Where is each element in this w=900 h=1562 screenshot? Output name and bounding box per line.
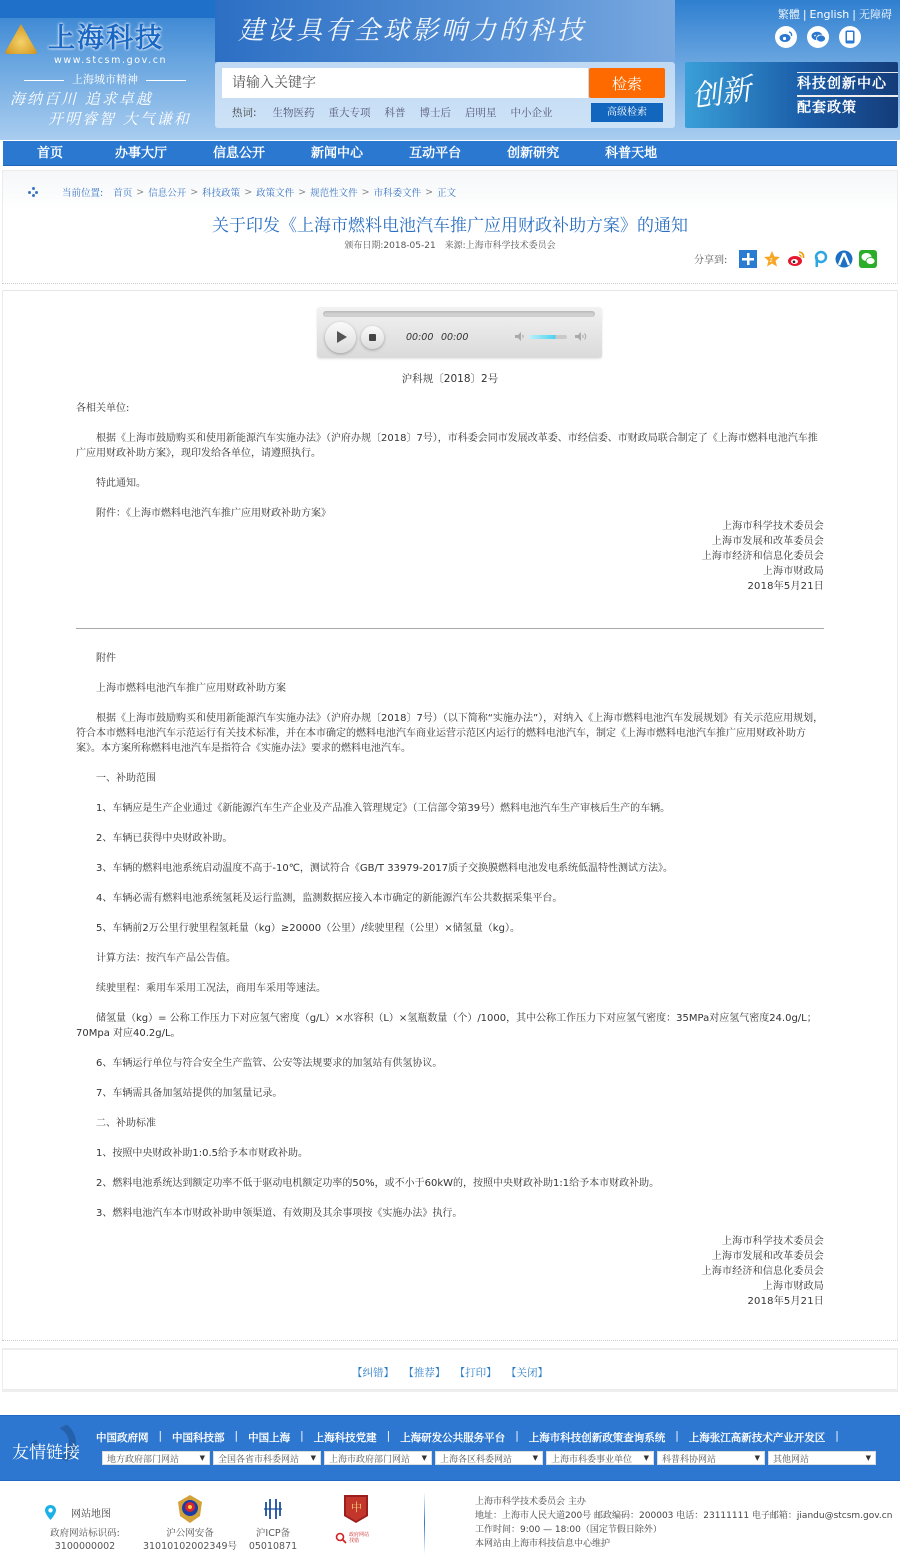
friend-link[interactable]: 上海市科技创新政策查询系统 xyxy=(529,1430,666,1445)
location-icon xyxy=(28,187,38,197)
nav-interaction[interactable]: 互动平台 xyxy=(409,141,461,165)
signature-org: 上海市科学技术委员会 xyxy=(702,519,824,534)
signature-org: 上海市发展和改革委员会 xyxy=(702,1249,824,1264)
friend-link[interactable]: 中国政府网 xyxy=(96,1430,149,1445)
signature-block: 上海市科学技术委员会 上海市发展和改革委员会 上海市经济和信息化委员会 上海市财… xyxy=(702,519,824,594)
mobile-icon[interactable] xyxy=(839,26,861,48)
find-error-label: 政府网站找错 xyxy=(349,1532,373,1544)
document-number: 沪科规〔2018〕2号 xyxy=(0,371,900,386)
footer-maintainer: 本网站由上海市科技信息中心维护 xyxy=(475,1537,892,1551)
find-error-link[interactable]: 政府网站找错 xyxy=(335,1529,385,1547)
breadcrumb-item[interactable]: 规范性文件 xyxy=(310,185,358,199)
gov-id-value: 3100000002 xyxy=(40,1540,130,1553)
list-item: 1、按照中央财政补助1:0.5给予本市财政补助。 xyxy=(76,1146,824,1161)
attachment-label: 附件 xyxy=(76,651,824,666)
gov-site-error-badge-icon[interactable]: 中 xyxy=(343,1494,369,1524)
select-value: 上海市政府部门网站 xyxy=(329,1452,410,1465)
nav-service-hall[interactable]: 办事大厅 xyxy=(115,141,167,165)
nav-science-world[interactable]: 科普天地 xyxy=(605,141,657,165)
list-item: 6、车辆运行单位与符合安全生产监管、公安等法规要求的加氢站有供氢协议。 xyxy=(76,1056,824,1071)
icp-number: 05010871 xyxy=(238,1540,308,1553)
site-select[interactable]: 全国各省市科委网站▼ xyxy=(213,1451,321,1465)
english-link[interactable]: English xyxy=(810,8,850,21)
banner-line-2: 配套政策 xyxy=(797,95,898,117)
banner-line-1: 科技创新中心 xyxy=(797,72,898,93)
main-nav: 首页 办事大厅 信息公开 新闻中心 互动平台 创新研究 科普天地 xyxy=(3,141,897,166)
publish-date-label: 颁布日期: xyxy=(344,241,383,251)
attachment-intro: 根据《上海市鼓励购买和使用新能源汽车实施办法》（沪府办规〔2018〕7号）（以下… xyxy=(76,711,824,756)
hot-word-link[interactable]: 中小企业 xyxy=(511,105,553,120)
city-spirit-label: 上海城市精神 xyxy=(0,71,210,87)
select-value: 其他网站 xyxy=(773,1452,809,1465)
hot-word-link[interactable]: 启明星 xyxy=(465,105,497,120)
signature-block: 上海市科学技术委员会 上海市发展和改革委员会 上海市经济和信息化委员会 上海市财… xyxy=(702,1234,824,1309)
select-value: 上海各区科委网站 xyxy=(440,1452,512,1465)
icp-label: 沪ICP备 xyxy=(238,1527,308,1540)
play-button[interactable] xyxy=(325,322,356,353)
wechat-icon[interactable] xyxy=(858,249,877,268)
icp-icon[interactable] xyxy=(262,1496,284,1522)
hot-word-link[interactable]: 科普 xyxy=(385,105,406,120)
nav-home[interactable]: 首页 xyxy=(37,141,63,165)
friend-link[interactable]: 中国科技部 xyxy=(172,1430,225,1445)
list-item: 2、车辆已获得中央财政补助。 xyxy=(76,831,824,846)
search-input[interactable] xyxy=(222,68,588,98)
svg-text:z: z xyxy=(769,257,772,264)
dropdown-arrow-icon: ▼ xyxy=(866,1454,871,1462)
friend-link[interactable]: 上海研发公共服务平台 xyxy=(400,1430,505,1445)
breadcrumb-label: 当前位置: xyxy=(62,185,103,199)
volume-slider[interactable] xyxy=(529,335,567,339)
signature-org: 上海市经济和信息化委员会 xyxy=(702,1264,824,1279)
police-record[interactable]: 沪公网安备 31010102002349号 xyxy=(140,1527,240,1553)
attachment-body: 附件 上海市燃料电池汽车推广应用财政补助方案 根据《上海市鼓励购买和使用新能源汽… xyxy=(76,651,824,1221)
breadcrumb-item[interactable]: 信息公开 xyxy=(148,185,186,199)
print-link[interactable]: 【打印】 xyxy=(455,1367,497,1379)
hot-word-link[interactable]: 博士后 xyxy=(420,105,452,120)
hot-words-label: 热词: xyxy=(232,105,257,120)
traditional-chinese-link[interactable]: 繁體 xyxy=(778,8,800,21)
select-value: 上海市科委事业单位 xyxy=(551,1452,632,1465)
salutation: 各相关单位: xyxy=(76,401,824,416)
footer-hours: 工作时间：9:00 — 18:00（国定节假日除外） xyxy=(475,1523,892,1537)
friend-link[interactable]: 中国上海 xyxy=(248,1430,290,1445)
site-footer: 网站地图 政府网站标识码: 3100000002 沪公网安备 310101020… xyxy=(0,1482,900,1562)
social-links xyxy=(775,26,861,48)
footer-host: 上海市科学技术委员会 主办 xyxy=(475,1495,892,1509)
site-select[interactable]: 地方政府部门网站▼ xyxy=(102,1451,210,1465)
audio-player: 00:00 00:00 xyxy=(317,307,602,358)
friend-link[interactable]: 上海张江高新技术产业开发区 xyxy=(689,1430,826,1445)
storage-formula: 储氢量（kg）= 公称工作压力下对应氢气密度（g/L）×水容积（L）×氢瓶数量（… xyxy=(76,1011,824,1041)
signature-org: 上海市经济和信息化委员会 xyxy=(702,549,824,564)
share-bar: 分享到: z xyxy=(694,249,877,268)
weibo-icon[interactable] xyxy=(786,249,805,268)
breadcrumb-item[interactable]: 科技政策 xyxy=(202,185,240,199)
friend-links: 友情链接 中国政府网| 中国科技部| 中国上海| 上海科技党建| 上海研发公共服… xyxy=(0,1415,900,1481)
police-badge-icon[interactable] xyxy=(176,1494,204,1524)
police-label: 沪公网安备 xyxy=(140,1527,240,1540)
sitemap-label: 网站地图 xyxy=(71,1505,111,1520)
list-item: 1、车辆应是生产企业通过《新能源汽车生产企业及产品准入管理规定》（工信部令第39… xyxy=(76,801,824,816)
signature-date: 2018年5月21日 xyxy=(702,579,824,594)
accessibility-link[interactable]: 无障碍 xyxy=(859,8,892,21)
dropdown-arrow-icon: ▼ xyxy=(200,1454,205,1462)
magnifier-icon xyxy=(335,1532,347,1544)
list-item: 3、燃料电池汽车本市财政补助申领渠道、有效期及其余事项按《实施办法》执行。 xyxy=(76,1206,824,1221)
footer-info: 上海市科学技术委员会 主办 地址：上海市人民大道200号 邮政编码：200003… xyxy=(475,1495,892,1551)
svg-text:中: 中 xyxy=(351,1500,362,1514)
publish-date: 2018-05-21 xyxy=(383,241,435,251)
search-panel: 检索 热词: 生物医药 重大专项 科普 博士后 启明星 中小企业 高级检索 xyxy=(215,62,675,128)
site-logo[interactable]: 上海科技 www.stcsm.gov.cn 上海城市精神 海纳百川 追求卓越 开… xyxy=(0,8,215,138)
police-number: 31010102002349号 xyxy=(140,1540,240,1553)
select-value: 科普科协网站 xyxy=(662,1452,716,1465)
site-select[interactable]: 上海市政府部门网站▼ xyxy=(324,1451,432,1465)
list-item: 4、车辆必需有燃料电池系统氢耗及运行监测，监测数据应接入本市确定的新能源汽车公共… xyxy=(76,891,824,906)
list-item: 2、燃料电池系统达到额定功率不低于驱动电机额定功率的50%，或不小于60kW的，… xyxy=(76,1176,824,1191)
search-button[interactable]: 检索 xyxy=(589,68,665,98)
report-error-link[interactable]: 【纠错】 xyxy=(352,1367,394,1379)
audio-current-time: 00:00 xyxy=(406,332,433,343)
signature-date: 2018年5月21日 xyxy=(702,1294,824,1309)
breadcrumb: 当前位置: 首页> 信息公开> 科技政策> 政策文件> 规范性文件> 市科委文件… xyxy=(28,185,456,199)
breadcrumb-item[interactable]: 市科委文件 xyxy=(374,185,422,199)
site-selects: 地方政府部门网站▼ 全国各省市科委网站▼ 上海市政府部门网站▼ 上海各区科委网站… xyxy=(102,1451,876,1465)
list-item: 3、车辆的燃料电池系统启动温度不高于-10℃，测试符合《GB/T 33979-2… xyxy=(76,861,824,876)
gov-site-id: 政府网站标识码: 3100000002 xyxy=(40,1527,130,1553)
friend-link[interactable]: 上海科技党建 xyxy=(314,1430,377,1445)
dropdown-arrow-icon: ▼ xyxy=(644,1454,649,1462)
innovation-policy-banner[interactable]: 创新 科技创新中心 配套政策 xyxy=(685,62,898,128)
pengyou-icon[interactable] xyxy=(810,249,829,268)
audio-progress-bar[interactable] xyxy=(323,311,595,317)
hot-word-link[interactable]: 重大专项 xyxy=(329,105,371,120)
divider xyxy=(2,1390,898,1392)
dropdown-arrow-icon: ▼ xyxy=(311,1454,316,1462)
emblem-icon xyxy=(4,24,38,54)
dropdown-arrow-icon: ▼ xyxy=(533,1454,538,1462)
breadcrumb-item[interactable]: 正文 xyxy=(437,185,456,199)
site-select[interactable]: 上海市科委事业单位▼ xyxy=(546,1451,654,1465)
select-value: 全国各省市科委网站 xyxy=(218,1452,299,1465)
divider xyxy=(2,283,898,284)
signature-org: 上海市科学技术委员会 xyxy=(702,1234,824,1249)
site-select[interactable]: 上海各区科委网站▼ xyxy=(435,1451,543,1465)
stop-button[interactable] xyxy=(361,326,384,349)
section-heading: 一、补助范围 xyxy=(76,771,824,786)
site-header: 上海科技 www.stcsm.gov.cn 上海城市精神 海纳百川 追求卓越 开… xyxy=(0,0,900,140)
attachment-divider xyxy=(76,628,824,629)
sitemap-link[interactable]: 网站地图 xyxy=(45,1505,111,1520)
article-title: 关于印发《上海市燃料电池汽车推广应用财政补助方案》的通知 xyxy=(0,211,900,236)
breadcrumb-item[interactable]: 首页 xyxy=(113,185,132,199)
advanced-search-button[interactable]: 高级检索 xyxy=(591,103,663,122)
source-label: 来源: xyxy=(445,241,466,251)
wechat-icon[interactable] xyxy=(807,26,829,48)
dropdown-arrow-icon: ▼ xyxy=(422,1454,427,1462)
map-pin-icon xyxy=(45,1505,56,1520)
logo-title: 上海科技 xyxy=(48,16,164,55)
list-item: 7、车辆需具备加氢站提供的加氢量记录。 xyxy=(76,1086,824,1101)
breadcrumb-item[interactable]: 政策文件 xyxy=(256,185,294,199)
footer-divider xyxy=(424,1492,425,1554)
source: 上海市科学技术委员会 xyxy=(466,241,556,251)
notice-body: 各相关单位: 根据《上海市鼓励购买和使用新能源汽车实施办法》（沪府办规〔2018… xyxy=(76,401,824,521)
friend-links-title: 友情链接 xyxy=(12,1438,80,1463)
footer-address: 地址：上海市人民大道200号 邮政编码：200003 电话：23111111 电… xyxy=(475,1509,892,1523)
recommend-link[interactable]: 【推荐】 xyxy=(403,1367,445,1379)
qzone-icon[interactable]: z xyxy=(762,249,781,268)
signature-org: 上海市发展和改革委员会 xyxy=(702,534,824,549)
logo-url: www.stcsm.gov.cn xyxy=(54,55,167,66)
share-plus-icon[interactable] xyxy=(738,249,757,268)
close-link[interactable]: 【关闭】 xyxy=(506,1367,548,1379)
nav-innovation-research[interactable]: 创新研究 xyxy=(507,141,559,165)
share-label: 分享到: xyxy=(694,251,727,266)
renren-icon[interactable] xyxy=(834,249,853,268)
motto-line-1: 海纳百川 追求卓越 xyxy=(10,88,153,109)
divider xyxy=(2,1340,898,1341)
calc-method: 计算方法：按汽车产品公告值。 xyxy=(76,951,824,966)
volume-max-icon[interactable] xyxy=(575,332,589,341)
weibo-icon[interactable] xyxy=(775,26,797,48)
friend-links-list: 中国政府网| 中国科技部| 中国上海| 上海科技党建| 上海研发公共服务平台| … xyxy=(96,1430,849,1445)
motto-line-2: 开明睿智 大气谦和 xyxy=(48,108,191,129)
list-item: 5、车辆前2万公里行驶里程氢耗量（kg）≥20000（公里）/续驶里程（公里）×… xyxy=(76,921,824,936)
volume-mute-icon[interactable] xyxy=(515,332,525,341)
notice-paragraph: 根据《上海市鼓励购买和使用新能源汽车实施办法》（沪府办规〔2018〕7号），市科… xyxy=(76,431,824,461)
notice-paragraph: 特此通知。 xyxy=(76,476,824,491)
range-method: 续驶里程：乘用车采用工况法，商用车采用等速法。 xyxy=(76,981,824,996)
header-slogan: 建设具有全球影响力的科技 xyxy=(238,10,586,47)
select-value: 地方政府部门网站 xyxy=(107,1452,179,1465)
site-select[interactable]: 其他网站▼ xyxy=(768,1451,876,1465)
audio-duration: 00:00 xyxy=(441,332,468,343)
signature-org: 上海市财政局 xyxy=(702,564,824,579)
nav-info-disclosure[interactable]: 信息公开 xyxy=(213,141,265,165)
icp-record[interactable]: 沪ICP备 05010871 xyxy=(238,1527,308,1553)
section-heading: 二、补助标准 xyxy=(76,1116,824,1131)
gov-id-label: 政府网站标识码: xyxy=(40,1527,130,1540)
top-links: 繁體|English|无障碍 xyxy=(778,6,892,22)
banner-calligraphy: 创新 xyxy=(688,64,754,116)
hot-word-link[interactable]: 生物医药 xyxy=(273,105,315,120)
attachment-title: 上海市燃料电池汽车推广应用财政补助方案 xyxy=(76,681,824,696)
site-select[interactable]: 科普科协网站▼ xyxy=(657,1451,765,1465)
nav-news-center[interactable]: 新闻中心 xyxy=(311,141,363,165)
signature-org: 上海市财政局 xyxy=(702,1279,824,1294)
dropdown-arrow-icon: ▼ xyxy=(755,1454,760,1462)
article-actions: 【纠错】 【推荐】 【打印】 【关闭】 xyxy=(0,1365,900,1380)
hot-words: 热词: 生物医药 重大专项 科普 博士后 启明星 中小企业 xyxy=(232,105,567,120)
